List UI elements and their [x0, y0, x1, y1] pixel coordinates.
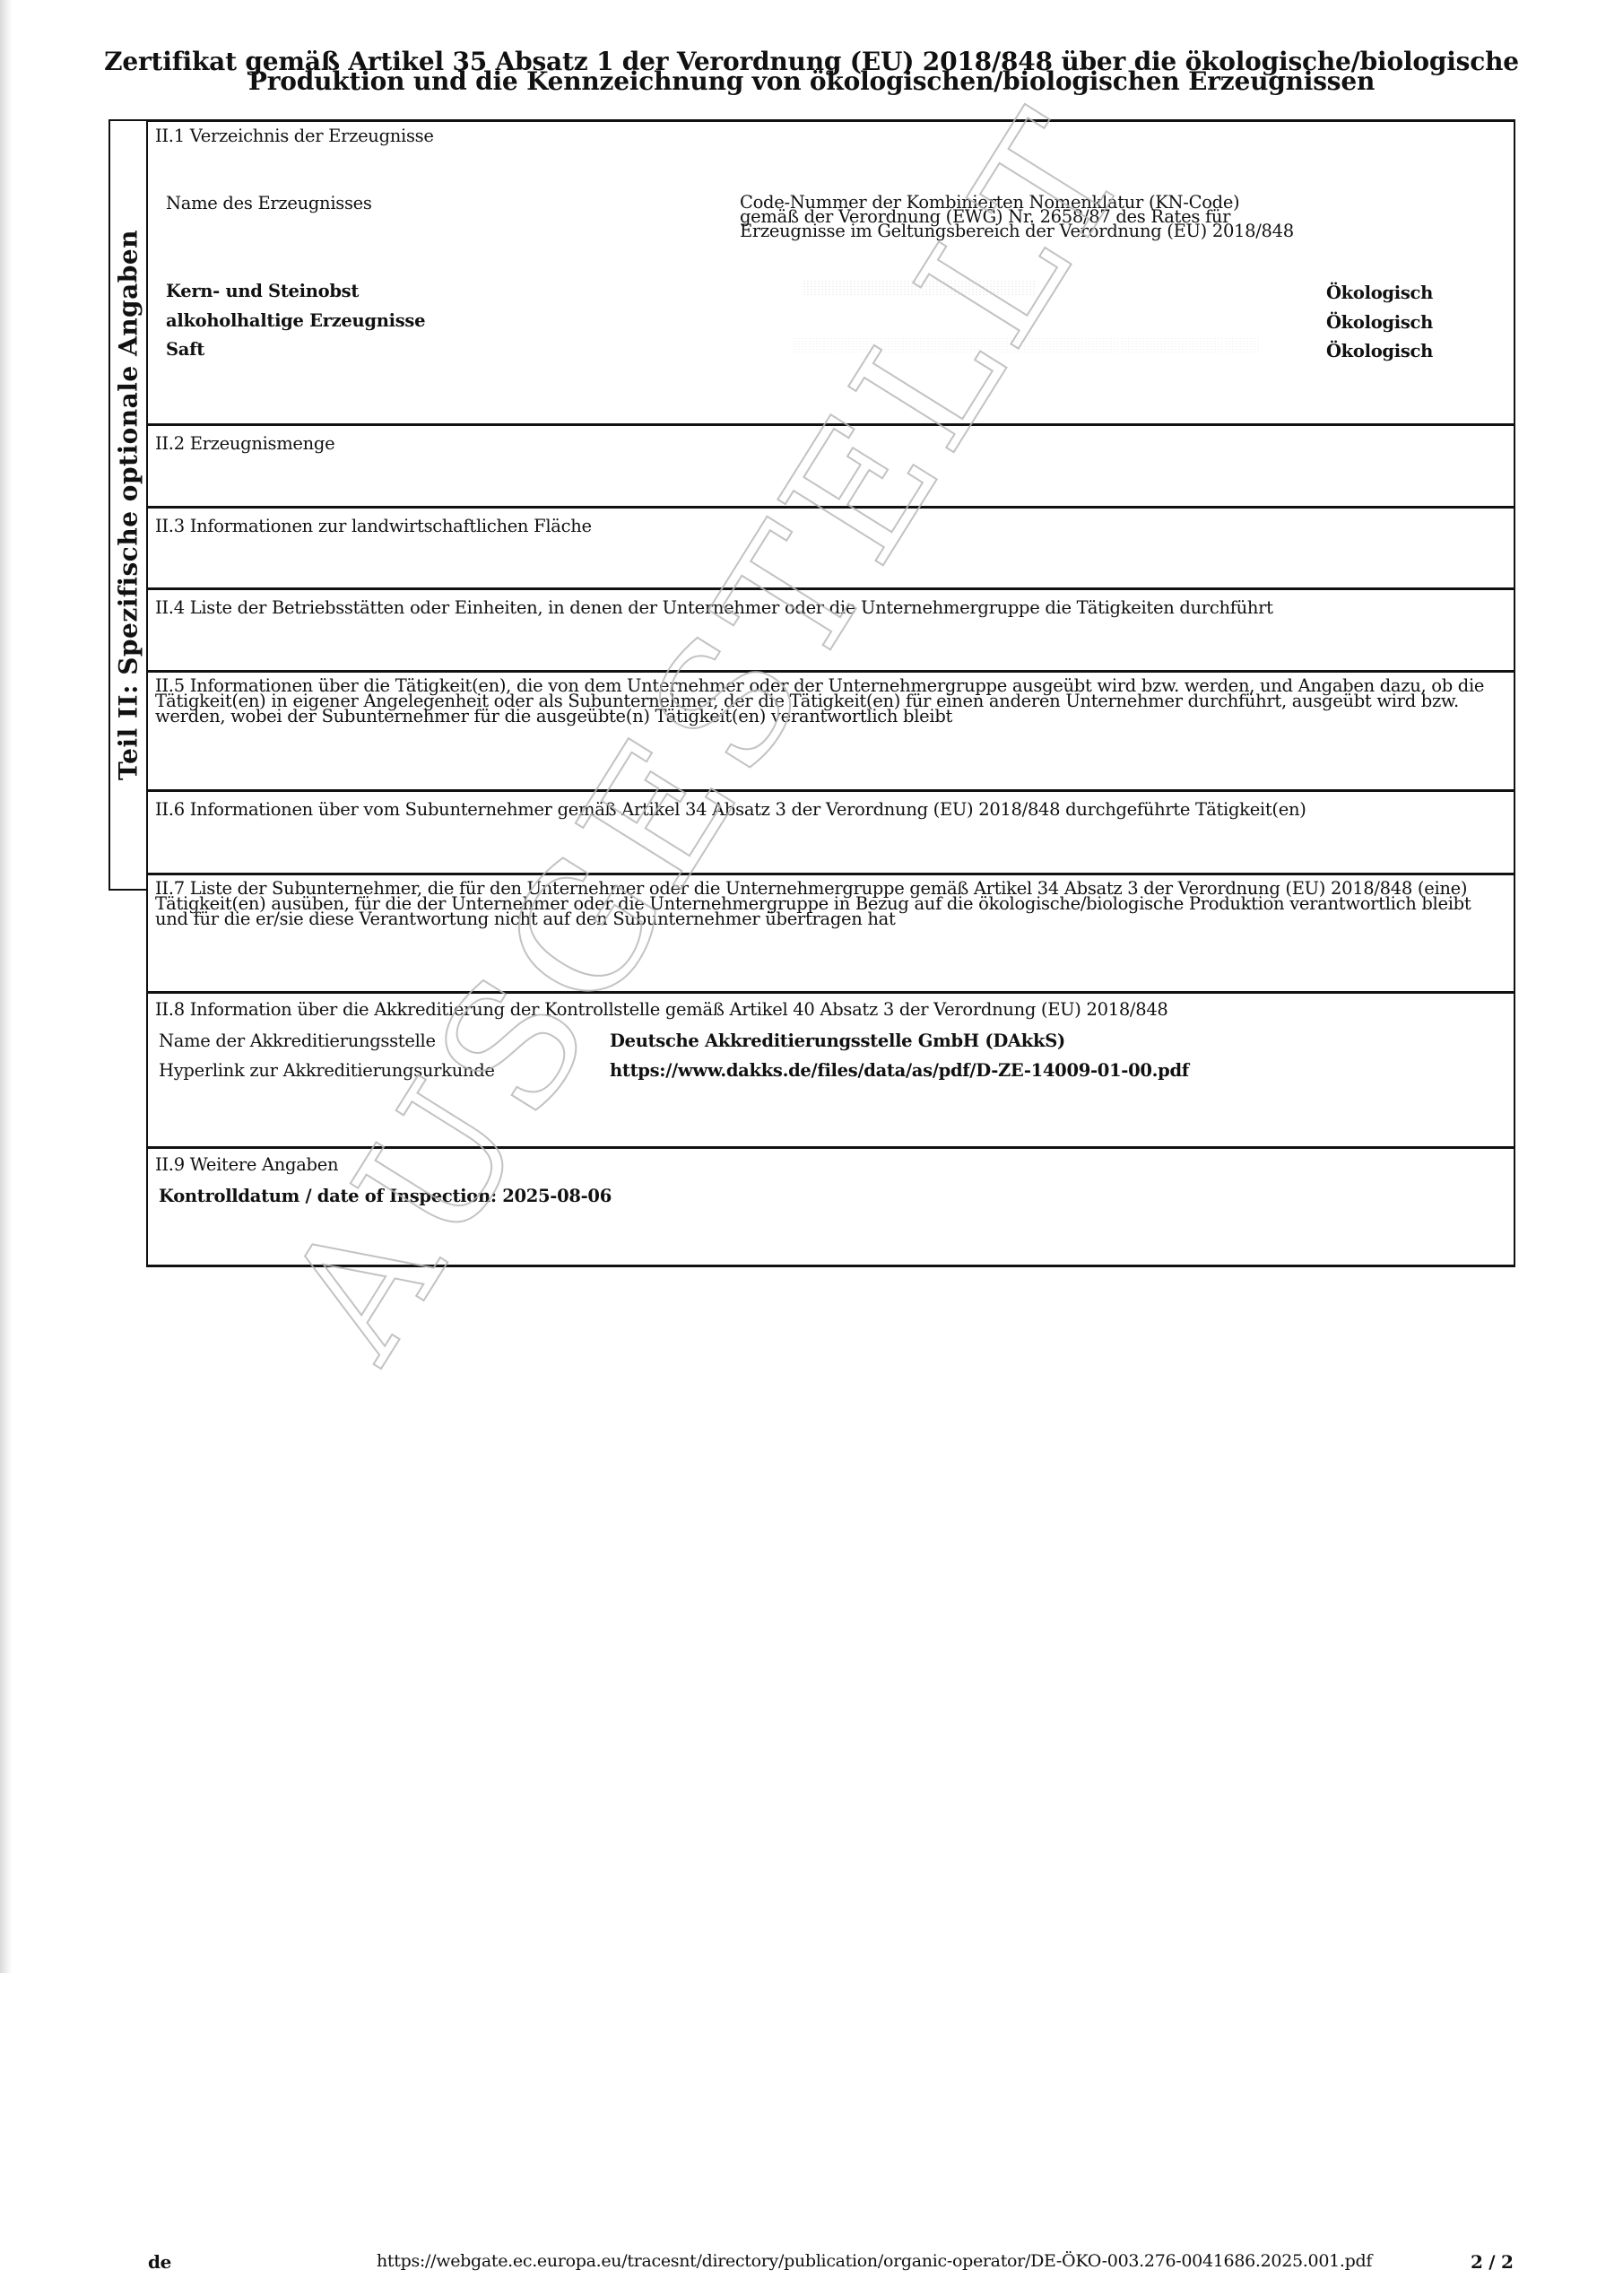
product-status: Ökologisch — [1326, 313, 1433, 333]
section-heading: II.3 Informationen zur landwirtschaftlic… — [155, 517, 1501, 535]
section-ii-1: II.1 Verzeichnis der Erzeugnisse Name de… — [146, 119, 1515, 423]
col-name-header: Name des Erzeugnisses — [166, 194, 372, 213]
section-ii-4: II.4 Liste der Betriebsstätten oder Einh… — [146, 587, 1515, 670]
inspection-date: Kontrolldatum / date of Inspection: 2025… — [159, 1187, 612, 1206]
product-status: Ökologisch — [1326, 283, 1433, 303]
sidebar-label: Teil II: Spezifische optionale Angaben — [114, 230, 143, 780]
product-name: alkoholhaltige Erzeugnisse — [166, 311, 425, 331]
accreditation-link-label: Hyperlink zur Akkreditierungsurkunde — [159, 1061, 495, 1081]
section-heading: II.8 Information über die Akkreditierung… — [155, 1001, 1501, 1019]
part-sidebar: Teil II: Spezifische optionale Angaben — [108, 119, 146, 891]
footer-lang: de — [148, 2251, 171, 2273]
product-status: Ökologisch — [1326, 342, 1433, 361]
accreditation-link-value[interactable]: https://www.dakks.de/files/data/as/pdf/D… — [610, 1061, 1189, 1081]
section-ii-7: II.7 Liste der Subunternehmer, die für d… — [146, 873, 1515, 991]
footer-url[interactable]: https://webgate.ec.europa.eu/tracesnt/di… — [377, 2251, 1372, 2271]
product-name: Saft — [166, 340, 204, 360]
accreditation-name-value: Deutsche Akkreditierungsstelle GmbH (DAk… — [610, 1031, 1065, 1051]
section-heading: II.5 Informationen über die Tätigkeit(en… — [155, 678, 1501, 724]
section-ii-6: II.6 Informationen über vom Subunternehm… — [146, 789, 1515, 873]
footer-page-number: 2 / 2 — [1471, 2251, 1514, 2273]
section-ii-8: II.8 Information über die Akkreditierung… — [146, 991, 1515, 1146]
section-heading: II.9 Weitere Angaben — [155, 1156, 1501, 1174]
section-heading: II.6 Informationen über vom Subunternehm… — [155, 801, 1501, 819]
section-heading: II.4 Liste der Betriebsstätten oder Einh… — [155, 599, 1501, 617]
section-ii-2: II.2 Erzeugnismenge — [146, 423, 1515, 506]
section-heading: II.7 Liste der Subunternehmer, die für d… — [155, 881, 1501, 926]
section-ii-5: II.5 Informationen über die Tätigkeit(en… — [146, 670, 1515, 789]
col-kn-code-header: Code-Nummer der Kombinierten Nomenklatur… — [740, 196, 1294, 239]
scan-noise — [794, 337, 1260, 353]
title-line-2: Produktion und die Kennzeichnung von öko… — [90, 72, 1533, 91]
document-title: Zertifikat gemäß Artikel 35 Absatz 1 der… — [90, 52, 1533, 91]
scan-edge — [0, 0, 13, 1973]
section-ii-9: II.9 Weitere Angaben Kontrolldatum / dat… — [146, 1146, 1515, 1267]
section-ii-3: II.3 Informationen zur landwirtschaftlic… — [146, 506, 1515, 587]
product-name: Kern- und Steinobst — [166, 282, 359, 301]
section-heading: II.2 Erzeugnismenge — [155, 435, 1501, 453]
scan-noise — [803, 280, 1036, 296]
accreditation-name-label: Name der Akkreditierungsstelle — [159, 1031, 436, 1051]
section-heading: II.1 Verzeichnis der Erzeugnisse — [155, 127, 1501, 145]
